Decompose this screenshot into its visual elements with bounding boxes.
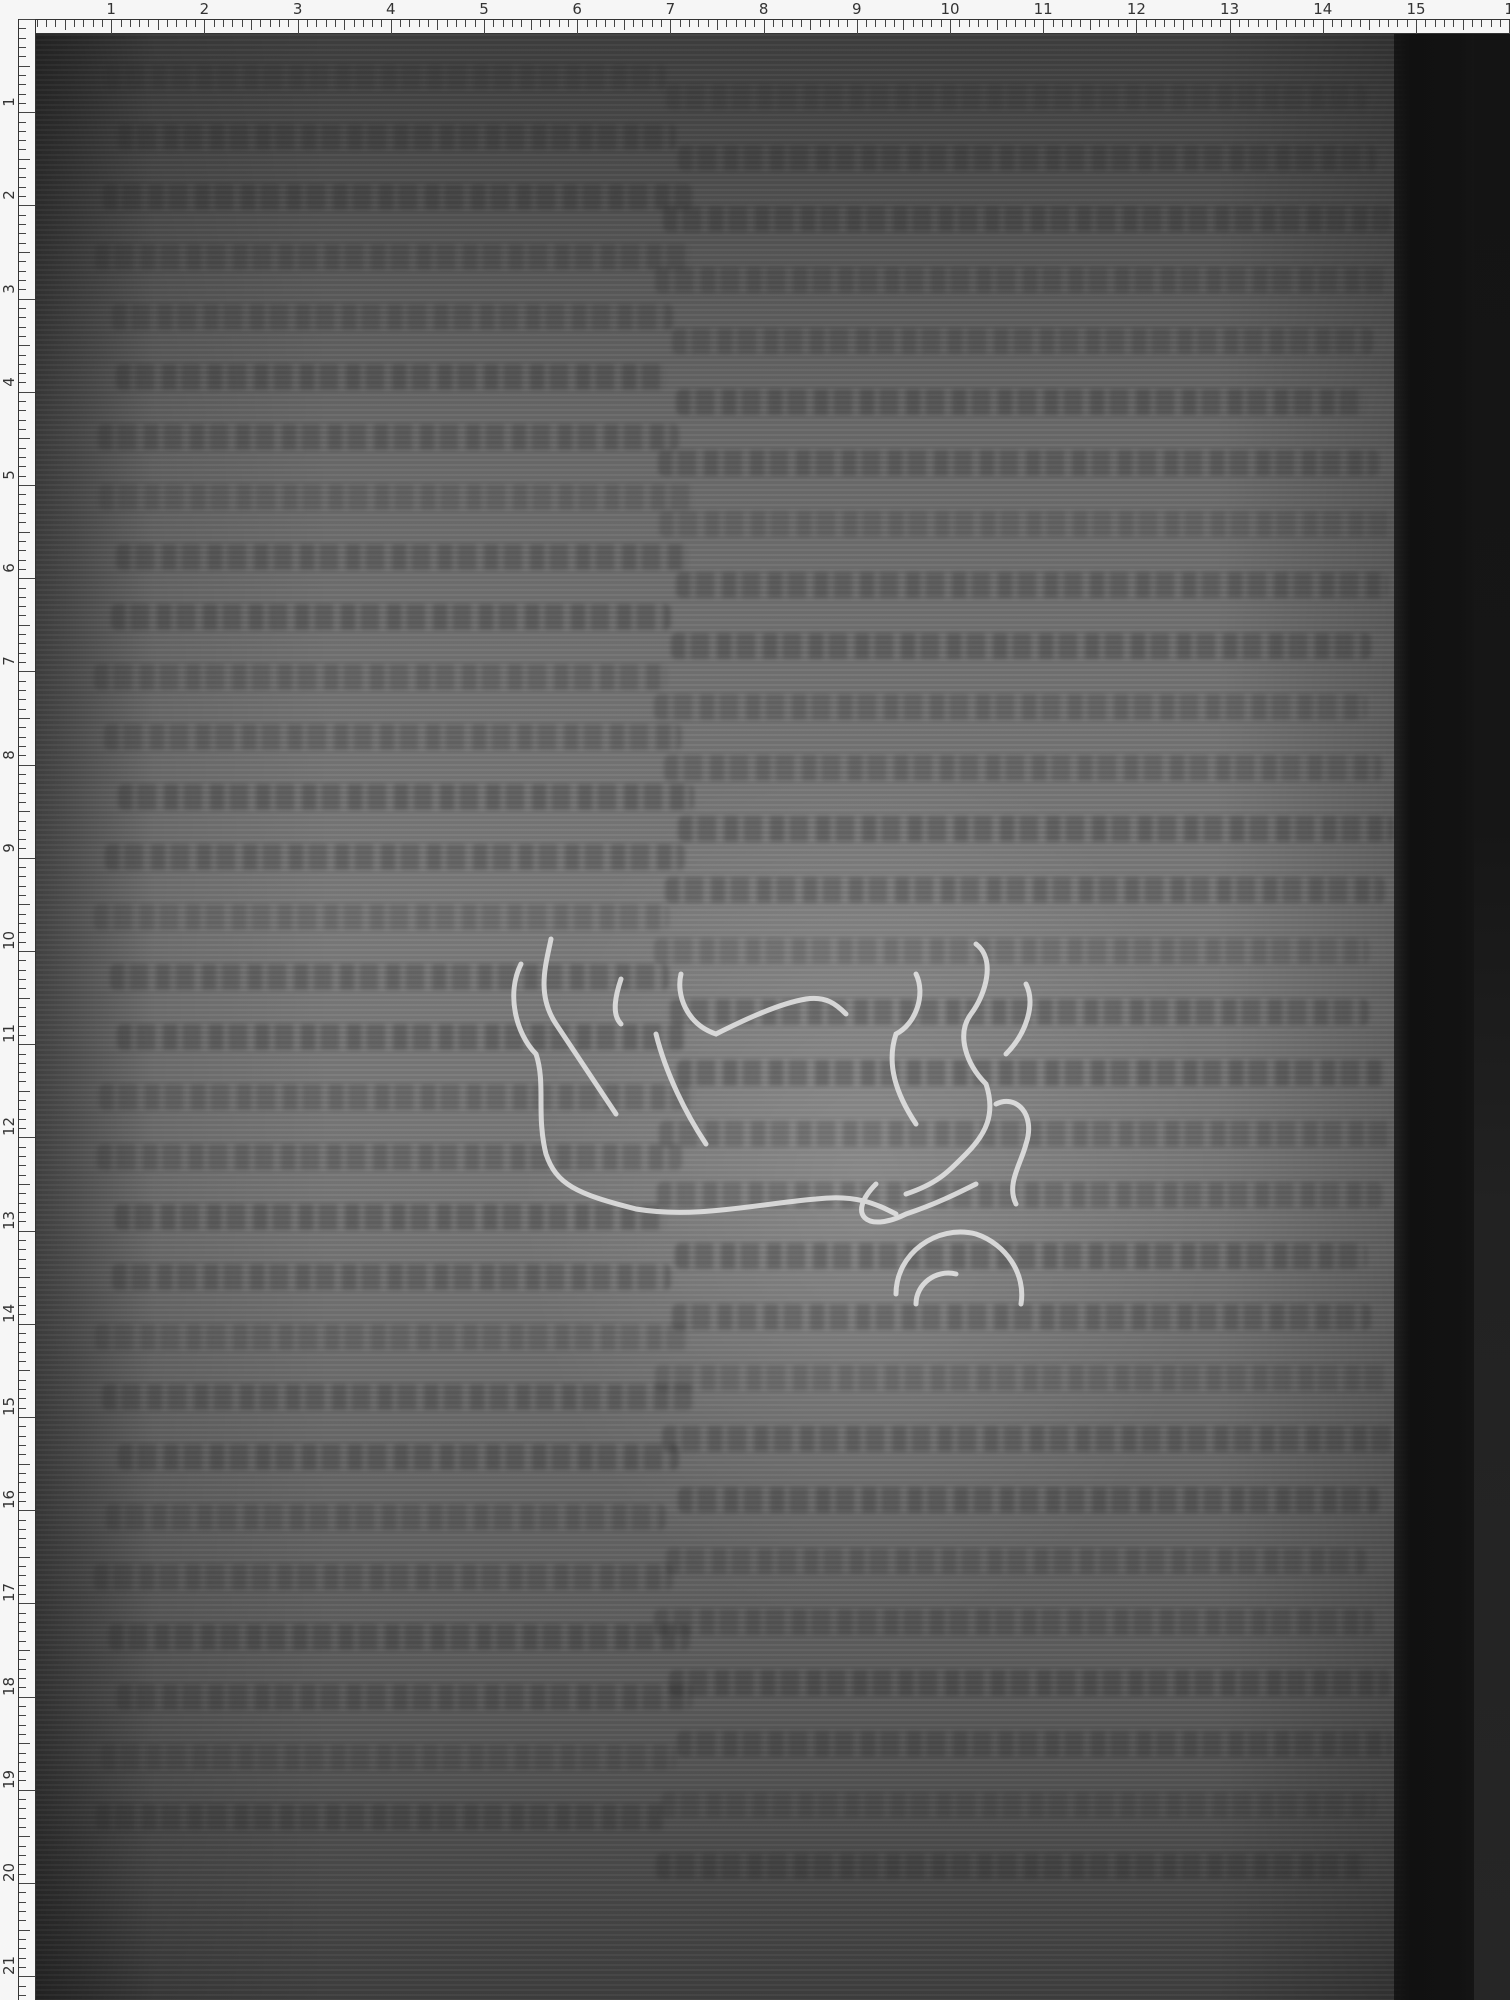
top-ruler-tick xyxy=(1360,20,1361,27)
left-ruler-tick xyxy=(19,1454,26,1455)
left-ruler-tick xyxy=(19,1417,35,1418)
top-ruler-tick xyxy=(316,20,317,27)
left-ruler-tick xyxy=(19,205,35,206)
left-ruler-tick xyxy=(19,1408,26,1409)
left-ruler-tick xyxy=(19,476,26,477)
top-ruler-tick xyxy=(605,20,606,27)
top-ruler-tick xyxy=(1071,20,1072,27)
left-ruler-label: 13 xyxy=(1,1212,17,1230)
left-ruler-tick xyxy=(19,1081,26,1082)
left-ruler-label: 10 xyxy=(1,932,17,950)
left-ruler-tick xyxy=(19,1510,35,1511)
top-ruler-tick xyxy=(922,20,923,27)
left-ruler-tick xyxy=(19,1203,26,1204)
top-ruler-tick xyxy=(624,20,625,30)
left-ruler-tick xyxy=(19,1063,26,1064)
top-ruler-tick xyxy=(559,20,560,27)
top-ruler-tick xyxy=(820,20,821,27)
left-ruler-tick xyxy=(19,280,26,281)
left-ruler-tick xyxy=(19,103,26,104)
top-ruler-tick xyxy=(1453,20,1454,27)
left-ruler-tick xyxy=(19,532,30,533)
left-ruler-tick xyxy=(19,224,26,225)
top-ruler-tick xyxy=(503,20,504,27)
top-ruler-tick xyxy=(1248,20,1249,27)
left-ruler-tick xyxy=(19,988,26,989)
left-ruler-tick xyxy=(19,1771,26,1772)
top-ruler-tick xyxy=(167,20,168,27)
top-ruler-tick xyxy=(1341,20,1342,27)
left-ruler-tick xyxy=(19,858,35,859)
top-ruler-tick xyxy=(1388,20,1389,27)
top-ruler-tick xyxy=(465,20,466,27)
top-ruler-tick xyxy=(726,20,727,27)
left-ruler-tick xyxy=(19,1231,35,1232)
top-ruler-tick xyxy=(1053,20,1054,27)
top-ruler-tick xyxy=(1276,20,1277,30)
top-ruler-tick xyxy=(540,20,541,27)
left-ruler-tick xyxy=(19,168,26,169)
left-ruler-tick xyxy=(19,1072,26,1073)
left-ruler-tick xyxy=(19,793,26,794)
top-ruler-tick xyxy=(363,20,364,27)
left-ruler-tick xyxy=(19,1948,26,1949)
left-ruler-tick xyxy=(19,1790,35,1791)
top-ruler-tick xyxy=(1425,20,1426,27)
left-ruler-tick xyxy=(19,75,26,76)
top-ruler-tick xyxy=(1313,20,1314,27)
left-ruler-tick xyxy=(19,569,26,570)
top-ruler-tick xyxy=(186,20,187,27)
top-ruler-tick xyxy=(1491,20,1492,27)
top-ruler-tick xyxy=(74,20,75,27)
top-ruler-tick xyxy=(875,20,876,27)
top-ruler-tick xyxy=(148,20,149,27)
top-ruler-tick xyxy=(1090,20,1091,30)
left-ruler-tick xyxy=(19,886,26,887)
left-ruler-tick xyxy=(19,1622,26,1623)
left-ruler-tick xyxy=(19,159,30,160)
top-ruler-label: 2 xyxy=(200,1,210,17)
left-ruler-tick xyxy=(19,746,26,747)
top-ruler-tick xyxy=(391,20,392,34)
left-ruler-tick xyxy=(19,802,26,803)
left-ruler-tick xyxy=(19,960,26,961)
left-ruler-tick xyxy=(19,1044,35,1045)
left-ruler-tick xyxy=(19,1743,30,1744)
top-ruler-tick xyxy=(83,20,84,27)
top-ruler-tick xyxy=(288,20,289,27)
left-ruler-tick xyxy=(19,1482,26,1483)
left-ruler-tick xyxy=(19,94,26,95)
top-ruler-tick xyxy=(1258,20,1259,27)
top-ruler-tick xyxy=(335,20,336,27)
left-ruler-tick xyxy=(19,718,30,719)
top-ruler-tick xyxy=(736,20,737,27)
left-ruler-tick xyxy=(19,1193,26,1194)
top-ruler-tick xyxy=(1062,20,1063,27)
top-ruler: 01234567891011121314151 xyxy=(0,0,1510,34)
left-ruler-tick xyxy=(19,1175,26,1176)
left-ruler-tick xyxy=(19,998,30,999)
left-ruler-tick xyxy=(19,252,30,253)
left-ruler-tick xyxy=(19,429,26,430)
top-ruler-label: 9 xyxy=(852,1,862,17)
top-ruler-tick xyxy=(344,20,345,30)
top-ruler-tick xyxy=(773,20,774,27)
left-ruler-tick xyxy=(19,606,26,607)
left-ruler-tick xyxy=(19,1585,26,1586)
left-ruler-tick xyxy=(19,299,35,300)
left-ruler-label: 11 xyxy=(1,1025,17,1043)
left-ruler-label: 20 xyxy=(1,1864,17,1882)
left-ruler-tick xyxy=(19,1156,26,1157)
left-ruler-tick xyxy=(19,904,30,905)
top-ruler-tick xyxy=(1230,20,1231,34)
left-ruler-label: 3 xyxy=(1,280,17,298)
top-ruler-tick xyxy=(251,20,252,30)
top-ruler-tick xyxy=(512,20,513,27)
left-ruler-tick xyxy=(19,355,26,356)
top-ruler-label: 5 xyxy=(479,1,489,17)
left-ruler-tick xyxy=(19,140,26,141)
left-ruler-label: 14 xyxy=(1,1305,17,1323)
top-ruler-tick xyxy=(1015,20,1016,27)
top-ruler-tick xyxy=(801,20,802,27)
left-ruler-tick xyxy=(19,1892,26,1893)
top-ruler-label: 1 xyxy=(106,1,116,17)
top-ruler-tick xyxy=(46,20,47,27)
top-ruler-tick xyxy=(204,20,205,34)
left-ruler-tick xyxy=(19,1883,35,1884)
left-ruler-tick xyxy=(19,271,26,272)
left-ruler-label: 2 xyxy=(1,186,17,204)
left-ruler-tick xyxy=(19,653,26,654)
left-ruler-tick xyxy=(19,401,26,402)
left-ruler-tick xyxy=(19,1147,26,1148)
left-ruler-tick xyxy=(19,1864,26,1865)
left-ruler-tick xyxy=(19,466,26,467)
left-ruler-label: 1 xyxy=(1,93,17,111)
top-ruler-tick xyxy=(670,20,671,34)
left-ruler-tick xyxy=(19,1370,30,1371)
top-ruler-tick xyxy=(642,20,643,27)
top-ruler-tick xyxy=(782,20,783,27)
left-ruler-tick xyxy=(19,1324,35,1325)
left-ruler-label: 18 xyxy=(1,1678,17,1696)
top-ruler-label: 10 xyxy=(940,1,959,17)
left-ruler-tick xyxy=(19,1678,26,1679)
left-ruler-tick xyxy=(19,1268,26,1269)
top-ruler-tick xyxy=(1192,20,1193,27)
left-ruler-tick xyxy=(19,177,26,178)
left-ruler-tick xyxy=(19,336,26,337)
top-ruler-tick xyxy=(838,20,839,27)
left-ruler-tick xyxy=(19,541,26,542)
top-ruler-tick xyxy=(381,20,382,27)
top-ruler-tick xyxy=(596,20,597,27)
left-ruler-tick xyxy=(19,1566,26,1567)
top-ruler-tick xyxy=(214,20,215,27)
top-ruler-tick xyxy=(680,20,681,27)
top-ruler-tick xyxy=(1006,20,1007,27)
top-ruler-tick xyxy=(521,20,522,27)
top-ruler-tick xyxy=(1183,20,1184,30)
top-ruler-tick xyxy=(270,20,271,27)
left-ruler-tick xyxy=(19,1762,26,1763)
top-ruler-label: 8 xyxy=(759,1,769,17)
left-ruler-tick xyxy=(19,66,30,67)
left-ruler-tick xyxy=(19,1902,26,1903)
top-ruler-label: 13 xyxy=(1220,1,1239,17)
left-ruler-tick xyxy=(19,448,26,449)
left-ruler-tick xyxy=(19,1706,26,1707)
top-ruler-tick xyxy=(1351,20,1352,27)
left-ruler-tick xyxy=(19,1426,26,1427)
left-ruler-tick xyxy=(19,848,26,849)
top-ruler-label: 12 xyxy=(1127,1,1146,17)
left-ruler-tick xyxy=(19,1603,35,1604)
left-ruler-tick xyxy=(19,373,26,374)
left-ruler-tick xyxy=(19,215,26,216)
left-ruler-label: 12 xyxy=(1,1118,17,1136)
left-ruler-tick xyxy=(19,56,26,57)
left-ruler-tick xyxy=(19,289,26,290)
top-ruler-tick xyxy=(689,20,690,27)
top-ruler-tick xyxy=(847,20,848,27)
left-ruler-tick xyxy=(19,1967,26,1968)
left-ruler-tick xyxy=(19,410,26,411)
top-ruler-tick xyxy=(1472,20,1473,27)
left-ruler-tick xyxy=(19,261,26,262)
top-ruler-tick xyxy=(549,20,550,27)
top-ruler-tick xyxy=(531,20,532,30)
left-ruler-tick xyxy=(19,1240,26,1241)
left-ruler-tick xyxy=(19,1492,26,1493)
top-ruler-tick xyxy=(326,20,327,27)
top-ruler-tick xyxy=(1323,20,1324,34)
left-ruler-line xyxy=(18,19,19,2000)
top-ruler-tick xyxy=(298,20,299,34)
top-ruler-label: 4 xyxy=(386,1,396,17)
left-ruler-tick xyxy=(19,615,26,616)
top-ruler-label: 6 xyxy=(572,1,582,17)
left-ruler-tick xyxy=(19,1780,26,1781)
top-ruler-tick xyxy=(1481,20,1482,27)
top-ruler-tick xyxy=(1267,20,1268,27)
top-ruler-tick xyxy=(913,20,914,27)
left-ruler-tick xyxy=(19,1818,26,1819)
left-ruler-tick xyxy=(19,1165,26,1166)
left-ruler-tick xyxy=(19,690,26,691)
left-ruler-tick xyxy=(19,830,26,831)
left-ruler-tick xyxy=(19,1846,26,1847)
top-ruler-tick xyxy=(158,20,159,30)
left-ruler-tick xyxy=(19,1529,26,1530)
top-ruler-tick xyxy=(587,20,588,27)
left-ruler-tick xyxy=(19,1342,26,1343)
top-ruler-tick xyxy=(745,20,746,27)
top-ruler-tick xyxy=(55,20,56,27)
top-ruler-tick xyxy=(1025,20,1026,27)
left-ruler-tick xyxy=(19,1547,26,1548)
top-ruler-tick xyxy=(279,20,280,27)
left-ruler-tick xyxy=(19,1035,26,1036)
top-ruler-tick xyxy=(652,20,653,27)
left-ruler-tick xyxy=(19,19,35,20)
left-ruler-tick xyxy=(19,1352,26,1353)
left-ruler-tick xyxy=(19,1296,26,1297)
top-ruler-tick xyxy=(1146,20,1147,27)
left-ruler-tick xyxy=(19,1128,26,1129)
left-ruler-tick xyxy=(19,681,26,682)
left-ruler-tick xyxy=(19,1930,30,1931)
left-ruler-tick xyxy=(19,522,26,523)
left-ruler-tick xyxy=(19,243,26,244)
left-ruler-label: 4 xyxy=(1,373,17,391)
left-ruler-tick xyxy=(19,1184,30,1185)
top-ruler-tick xyxy=(1108,20,1109,27)
top-ruler-tick xyxy=(176,20,177,27)
left-ruler-tick xyxy=(19,485,35,486)
top-ruler-tick xyxy=(65,20,66,30)
top-ruler-tick xyxy=(456,20,457,27)
left-ruler-tick xyxy=(19,550,26,551)
left-ruler-tick xyxy=(19,1221,26,1222)
top-ruler-tick xyxy=(111,20,112,34)
left-ruler-tick xyxy=(19,28,26,29)
left-ruler-tick xyxy=(19,783,26,784)
left-ruler-tick xyxy=(19,1958,26,1959)
top-ruler-tick xyxy=(1220,20,1221,27)
top-ruler-tick xyxy=(866,20,867,27)
left-ruler-tick xyxy=(19,1501,26,1502)
left-ruler-tick xyxy=(19,1109,26,1110)
left-ruler-tick xyxy=(19,1827,26,1828)
top-ruler-tick xyxy=(372,20,373,27)
left-ruler-tick xyxy=(19,317,26,318)
top-ruler-tick xyxy=(1080,20,1081,27)
top-ruler-tick xyxy=(661,20,662,27)
top-ruler-tick xyxy=(102,20,103,27)
left-ruler-tick xyxy=(19,392,35,393)
left-ruler-tick xyxy=(19,47,26,48)
left-ruler-tick xyxy=(19,1641,26,1642)
left-ruler-tick xyxy=(19,1911,26,1912)
left-ruler-tick xyxy=(19,1575,26,1576)
left-ruler-tick xyxy=(19,1398,26,1399)
left-ruler-tick xyxy=(19,625,30,626)
left-ruler-tick xyxy=(19,1715,26,1716)
left-ruler-tick xyxy=(19,1659,26,1660)
left-ruler-tick xyxy=(19,1650,30,1651)
left-ruler-tick xyxy=(19,914,26,915)
left-ruler-tick xyxy=(19,1976,35,1977)
top-ruler-tick xyxy=(493,20,494,27)
top-ruler-tick xyxy=(400,20,401,27)
top-ruler-label: 3 xyxy=(293,1,303,17)
binding-gutter xyxy=(1394,34,1474,2000)
top-ruler-label: 7 xyxy=(666,1,676,17)
top-ruler-tick xyxy=(717,20,718,30)
top-ruler-tick xyxy=(1286,20,1287,27)
top-ruler-tick xyxy=(1500,20,1501,27)
left-ruler-tick xyxy=(19,578,35,579)
top-ruler-tick xyxy=(409,20,410,27)
left-ruler-tick xyxy=(19,1249,26,1250)
left-ruler-label: 16 xyxy=(1,1491,17,1509)
left-ruler-tick xyxy=(19,1799,26,1800)
top-ruler-tick xyxy=(1043,20,1044,34)
beyond-page-edge xyxy=(1474,34,1510,2000)
left-ruler-tick xyxy=(19,1920,26,1921)
top-ruler-tick xyxy=(475,20,476,27)
left-ruler-tick xyxy=(19,1594,26,1595)
left-ruler-tick xyxy=(19,1361,26,1362)
left-ruler-tick xyxy=(19,1436,26,1437)
top-ruler-tick xyxy=(307,20,308,27)
top-ruler-tick xyxy=(1369,20,1370,30)
top-ruler-tick xyxy=(1397,20,1398,27)
left-ruler-tick xyxy=(19,1725,26,1726)
left-ruler-tick xyxy=(19,1808,26,1809)
left-ruler-tick xyxy=(19,821,26,822)
left-ruler-tick xyxy=(19,1939,26,1940)
left-ruler-tick xyxy=(19,1016,26,1017)
left-ruler-tick xyxy=(19,755,26,756)
top-ruler-tick xyxy=(1435,20,1436,27)
left-ruler: 123456789101112131415161718192021 xyxy=(0,0,35,2000)
top-ruler-tick xyxy=(447,20,448,27)
left-ruler-tick xyxy=(19,382,26,383)
top-ruler-tick xyxy=(419,20,420,27)
left-ruler-tick xyxy=(19,187,26,188)
left-ruler-tick xyxy=(19,1445,26,1446)
left-ruler-tick xyxy=(19,867,26,868)
top-ruler-tick xyxy=(93,20,94,27)
left-ruler-tick xyxy=(19,1836,30,1837)
left-ruler-tick xyxy=(19,671,35,672)
left-ruler-tick xyxy=(19,513,26,514)
left-ruler-tick xyxy=(19,494,26,495)
left-ruler-label: 9 xyxy=(1,839,17,857)
top-ruler-tick xyxy=(792,20,793,27)
left-ruler-tick xyxy=(19,196,26,197)
top-ruler-tick xyxy=(1444,20,1445,27)
top-ruler-tick xyxy=(1202,20,1203,27)
left-ruler-tick xyxy=(19,1380,26,1381)
top-ruler-tick xyxy=(950,20,951,34)
left-ruler-tick xyxy=(19,504,26,505)
left-ruler-tick xyxy=(19,1473,26,1474)
left-ruler-label: 7 xyxy=(1,652,17,670)
left-ruler-label: 15 xyxy=(1,1398,17,1416)
left-ruler-tick xyxy=(19,1753,26,1754)
left-ruler-tick xyxy=(19,84,26,85)
top-ruler-tick xyxy=(121,20,122,27)
left-ruler-tick xyxy=(19,1137,35,1138)
left-ruler-label: 17 xyxy=(1,1584,17,1602)
left-ruler-tick xyxy=(19,1259,26,1260)
top-ruler-tick xyxy=(577,20,578,34)
top-ruler-tick xyxy=(260,20,261,27)
left-ruler-tick xyxy=(19,1631,26,1632)
left-ruler-tick xyxy=(19,1026,26,1027)
left-ruler-tick xyxy=(19,597,26,598)
left-ruler-label: 6 xyxy=(1,559,17,577)
left-ruler-tick xyxy=(19,420,26,421)
left-ruler-tick xyxy=(19,1697,35,1698)
